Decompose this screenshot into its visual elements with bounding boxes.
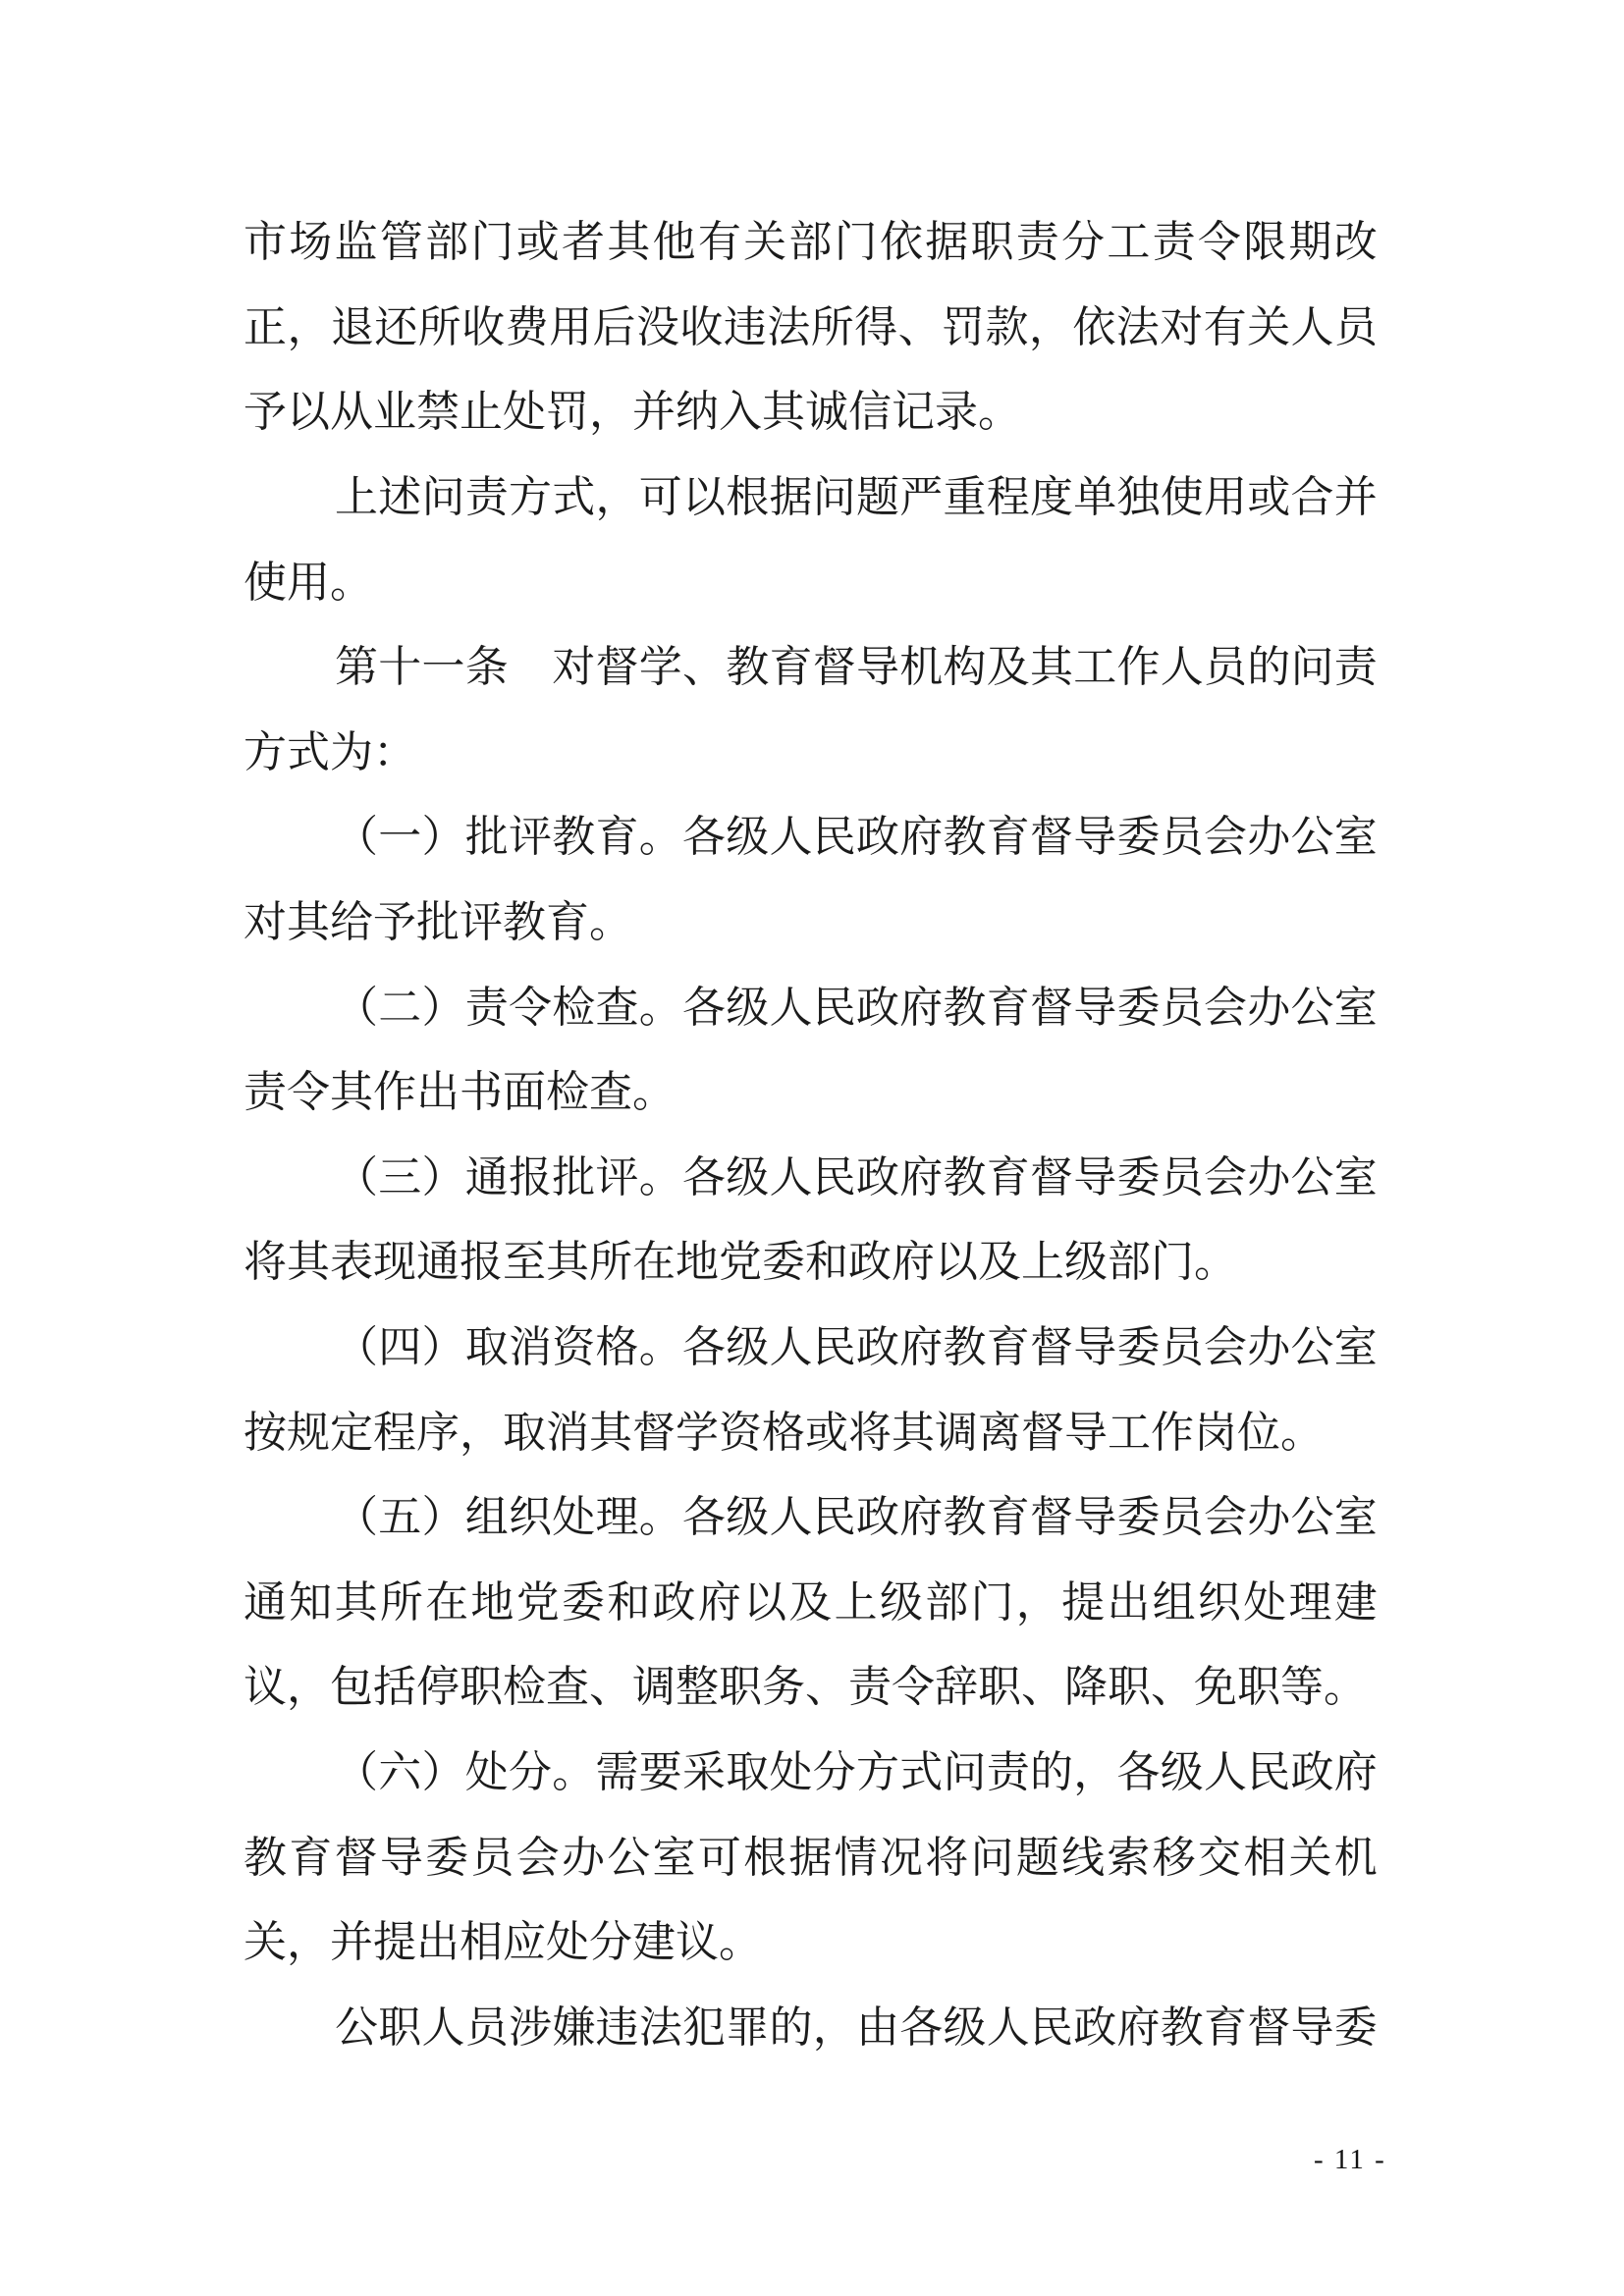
text-line: （六）处分。需要采取处分方式问责的，各级人民政府 — [244, 1731, 1378, 1816]
text-char: 员 — [1161, 816, 1204, 859]
text-char: 报 — [509, 1156, 552, 1200]
text-char: 题 — [856, 476, 899, 519]
text-char: 人 — [1161, 646, 1204, 689]
text-char: 收 — [461, 306, 505, 349]
text-char: 。 — [639, 1326, 682, 1369]
text-char: 述 — [378, 476, 421, 519]
text-char: 委 — [562, 1581, 605, 1625]
text-char: 没 — [636, 306, 679, 349]
text-char: ） — [422, 1496, 465, 1539]
text-char: 分 — [1061, 221, 1105, 264]
text-char: 的 — [770, 2006, 813, 2050]
text-char: 各 — [682, 816, 726, 859]
text-run: 对其给予批评教育。 — [244, 901, 632, 944]
text-char: 使 — [1161, 476, 1204, 519]
text-char: 关 — [1247, 306, 1290, 349]
text-char: 党 — [516, 1581, 560, 1625]
text-char: 委 — [1334, 2006, 1378, 2050]
text-char: 问 — [944, 1751, 987, 1794]
text-line: 第十一条 对督学、教育督导机构及其工作人员的问责 — [244, 625, 1378, 711]
text-char: 室 — [1334, 816, 1378, 859]
text-char: 教 — [944, 1156, 987, 1200]
text-char: ， — [1029, 306, 1072, 349]
text-char: 各 — [682, 1496, 726, 1539]
text-char: 育 — [987, 816, 1030, 859]
text-line: （五）组织处理。各级人民政府教育督导委员会办公室 — [244, 1475, 1378, 1561]
text-char: 办 — [1247, 1156, 1290, 1200]
text-run: 方式为： — [244, 731, 416, 774]
text-char: 和 — [607, 1581, 650, 1625]
text-char: 监 — [335, 221, 378, 264]
text-char: 据 — [770, 476, 813, 519]
text-char: 教 — [552, 816, 595, 859]
text-char: 法 — [1116, 306, 1160, 349]
text-char: 消 — [509, 1326, 552, 1369]
text-char: 有 — [1204, 306, 1247, 349]
text-line: 对其给予批评教育。 — [244, 881, 1378, 966]
text-char: 民 — [813, 816, 856, 859]
text-char: 导 — [1073, 987, 1116, 1030]
text-char: 涉 — [509, 2006, 552, 2050]
text-line: 通知其所在地党委和政府以及上级部门，提出组织处理建 — [244, 1561, 1378, 1646]
text-char: 责 — [1153, 221, 1196, 264]
text-char: 责 — [465, 987, 509, 1030]
text-char: 导 — [1073, 1496, 1116, 1539]
text-char: 会 — [1204, 1156, 1247, 1200]
text-char: 款 — [985, 306, 1028, 349]
text-line: 教育督导委员会办公室可根据情况将问题线索移交相关机 — [244, 1815, 1378, 1900]
text-char: 处 — [1243, 1581, 1286, 1625]
text-char: 一 — [422, 646, 465, 689]
text-char: 。 — [639, 816, 682, 859]
text-char: 有 — [698, 221, 741, 264]
text-char: 机 — [1334, 1837, 1378, 1880]
text-char: 员 — [1204, 646, 1247, 689]
text-char: 犯 — [682, 2006, 726, 2050]
text-char: 人 — [770, 1496, 813, 1539]
text-char: 政 — [856, 1156, 899, 1200]
text-char: 需 — [596, 1751, 639, 1794]
text-char: 各 — [682, 987, 726, 1030]
text-char: 政 — [856, 816, 899, 859]
text-char: 退 — [331, 306, 374, 349]
text-char: 市 — [244, 221, 287, 264]
text-char: 员 — [1161, 1496, 1204, 1539]
text-char: 根 — [726, 476, 769, 519]
text-char: 导 — [1073, 1326, 1116, 1369]
text-char: 督 — [1030, 987, 1073, 1030]
text-char: 工 — [1073, 646, 1116, 689]
text-char: 根 — [743, 1837, 786, 1880]
text-char: 督 — [335, 1837, 378, 1880]
text-char: 依 — [880, 221, 923, 264]
text-line: 关，并提出相应处分建议。 — [244, 1900, 1378, 1986]
text-line: 市场监管部门或者其他有关部门依据职责分工责令限期改 — [244, 200, 1378, 286]
text-char: 导 — [380, 1837, 423, 1880]
text-char: 移 — [1153, 1837, 1196, 1880]
text-char: 各 — [899, 2006, 943, 2050]
text-char: 及 — [788, 1581, 832, 1625]
text-char: 办 — [1247, 1326, 1290, 1369]
text-char: ） — [422, 1326, 465, 1369]
text-char: 四 — [378, 1326, 421, 1369]
text-char: 门 — [971, 1581, 1014, 1625]
text-char: 民 — [1030, 2006, 1073, 2050]
text-char: 政 — [856, 1496, 899, 1539]
text-char: 督 — [1030, 816, 1073, 859]
text-char: 民 — [813, 1156, 856, 1200]
text-char: 式 — [899, 1751, 943, 1794]
text-char: 育 — [987, 1496, 1030, 1539]
text-char: 要 — [639, 1751, 682, 1794]
text-char: 六 — [378, 1751, 421, 1794]
text-char: 教 — [1161, 2006, 1204, 2050]
text-char: 题 — [1016, 1837, 1059, 1880]
text-char: 办 — [1247, 816, 1290, 859]
text-char: 各 — [682, 1156, 726, 1200]
text-char: 工 — [1107, 221, 1150, 264]
text-char: 员 — [1161, 1326, 1204, 1369]
text-line: 使用。 — [244, 540, 1378, 625]
text-char: 级 — [726, 987, 769, 1030]
text-char: 府 — [1334, 1751, 1378, 1794]
text-char: 各 — [1117, 1751, 1161, 1794]
text-char: 。 — [639, 987, 682, 1030]
text-char: 正 — [244, 306, 287, 349]
text-char: 育 — [770, 646, 813, 689]
document-page: 市场监管部门或者其他有关部门依据职责分工责令限期改正，退还所收费用后没收违法所得… — [0, 0, 1624, 2296]
text-char: 室 — [1334, 1496, 1378, 1539]
text-char: 用 — [1204, 476, 1247, 519]
text-char: 员 — [1161, 1156, 1204, 1200]
text-char: 得 — [854, 306, 897, 349]
text-char: 级 — [944, 2006, 987, 2050]
text-char: 办 — [562, 1837, 605, 1880]
text-char: 、 — [898, 306, 942, 349]
text-line: 方式为： — [244, 711, 1378, 796]
text-char: 资 — [552, 1326, 595, 1369]
text-char: 部 — [425, 221, 468, 264]
text-char: 可 — [698, 1837, 741, 1880]
text-char: 学 — [639, 646, 682, 689]
text-char: 部 — [925, 1581, 968, 1625]
text-char: 级 — [880, 1581, 923, 1625]
text-char: 方 — [509, 476, 552, 519]
text-char: ， — [1016, 1581, 1059, 1625]
text-char: 教 — [944, 987, 987, 1030]
text-char: 分 — [509, 1751, 552, 1794]
text-char: 并 — [1334, 476, 1378, 519]
text-char: 督 — [1030, 1496, 1073, 1539]
text-char: 、 — [682, 646, 726, 689]
text-char: 单 — [1073, 476, 1116, 519]
text-char: 督 — [596, 646, 639, 689]
text-char: 公 — [1291, 987, 1334, 1030]
text-char: 通 — [244, 1581, 287, 1625]
text-line: 公职人员涉嫌违法犯罪的，由各级人民政府教育督导委 — [244, 1985, 1378, 2070]
text-char: 督 — [813, 646, 856, 689]
text-char: 批 — [552, 1156, 595, 1200]
text-char: 府 — [899, 1496, 943, 1539]
text-line: （二）责令检查。各级人民政府教育督导委员会办公室 — [244, 965, 1378, 1050]
text-char: 以 — [743, 1581, 786, 1625]
text-char: 用 — [549, 306, 592, 349]
text-char: 分 — [813, 1751, 856, 1794]
text-char: ） — [422, 1751, 465, 1794]
text-char: 府 — [899, 1326, 943, 1369]
text-char: 索 — [1107, 1837, 1150, 1880]
text-char: 委 — [1117, 1156, 1161, 1200]
text-char: ， — [596, 476, 639, 519]
text-char: 问 — [971, 1837, 1014, 1880]
text-char: 度 — [1030, 476, 1073, 519]
text-char: 会 — [1204, 987, 1247, 1030]
text-char: 育 — [596, 816, 639, 859]
text-char: 检 — [552, 987, 595, 1030]
text-char: 会 — [1204, 1326, 1247, 1369]
text-char: 情 — [835, 1837, 878, 1880]
text-char: ， — [1073, 1751, 1116, 1794]
text-char: 的 — [1030, 1751, 1073, 1794]
text-char: 三 — [378, 1156, 421, 1200]
text-char: 员 — [465, 2006, 509, 2050]
text-run: 使用。 — [244, 561, 373, 605]
text-char: 罪 — [726, 2006, 769, 2050]
text-char: 问 — [1291, 646, 1334, 689]
text-char: 室 — [1334, 1156, 1378, 1200]
text-char: 府 — [899, 987, 943, 1030]
text-char: 据 — [788, 1837, 832, 1880]
page-number: - 11 - — [1314, 2144, 1386, 2176]
text-char: 方 — [856, 1751, 899, 1794]
text-char: 级 — [726, 1496, 769, 1539]
text-char: 职 — [971, 221, 1014, 264]
text-char: 其 — [607, 221, 650, 264]
text-char: 建 — [1334, 1581, 1378, 1625]
text-char: 育 — [1204, 2006, 1247, 2050]
text-char: 。 — [639, 1156, 682, 1200]
text-char: 机 — [899, 646, 943, 689]
text-line: （三）通报批评。各级人民政府教育督导委员会办公室 — [244, 1136, 1378, 1221]
text-char: 人 — [987, 2006, 1030, 2050]
text-char: 合 — [1291, 476, 1334, 519]
text-char: 其 — [1030, 646, 1073, 689]
text-char: 府 — [899, 1156, 943, 1200]
text-char: 关 — [1288, 1837, 1331, 1880]
text-char: 将 — [925, 1837, 968, 1880]
text-char: 部 — [788, 221, 832, 264]
text-char: 。 — [639, 1496, 682, 1539]
text-char: 通 — [465, 1156, 509, 1200]
text-char: 级 — [726, 1326, 769, 1369]
text-char: 以 — [682, 476, 726, 519]
text-char: 教 — [944, 1326, 987, 1369]
text-char: 人 — [770, 987, 813, 1030]
text-char: 室 — [1334, 1326, 1378, 1369]
text-char: 式 — [552, 476, 595, 519]
text-char: 育 — [987, 1156, 1030, 1200]
text-line: 上述问责方式，可以根据问题严重程度单独使用或合并 — [244, 455, 1378, 541]
text-char: 知 — [289, 1581, 332, 1625]
text-line: 责令其作出书面检查。 — [244, 1050, 1378, 1136]
text-char: 责 — [987, 1751, 1030, 1794]
text-char: 办 — [1247, 1496, 1290, 1539]
text-char: 关 — [743, 221, 786, 264]
text-char: 公 — [1291, 1156, 1334, 1200]
text-char: 可 — [639, 476, 682, 519]
text-line: （四）取消资格。各级人民政府教育督导委员会办公室 — [244, 1306, 1378, 1391]
text-char: 级 — [726, 1156, 769, 1200]
text-char: 相 — [1243, 1837, 1286, 1880]
text-char: 收 — [679, 306, 723, 349]
text-char: 令 — [509, 987, 552, 1030]
text-char: 政 — [1291, 1751, 1334, 1794]
text-char: 府 — [1117, 2006, 1161, 2050]
text-char: 评 — [596, 1156, 639, 1200]
text-char: 一 — [378, 816, 421, 859]
text-char: （ — [335, 816, 378, 859]
text-char: 由 — [856, 2006, 899, 2050]
text-char: 。 — [552, 1751, 595, 1794]
text-char: 职 — [378, 2006, 421, 2050]
text-char: 府 — [698, 1581, 741, 1625]
text-char: 织 — [1198, 1581, 1241, 1625]
text-char: 公 — [607, 1837, 650, 1880]
text-char: 及 — [987, 646, 1030, 689]
text-line: 正，退还所收费用后没收违法所得、罚款，依法对有关人员 — [244, 286, 1378, 371]
text-char: 导 — [1073, 1156, 1116, 1200]
text-char: 问 — [813, 476, 856, 519]
text-char: 办 — [1247, 987, 1290, 1030]
text-char: 法 — [639, 2006, 682, 2050]
text-char: ， — [287, 306, 330, 349]
text-char: 重 — [944, 476, 987, 519]
text-char: 政 — [1073, 2006, 1116, 2050]
text-char: 限 — [1243, 221, 1286, 264]
text-char: 后 — [593, 306, 636, 349]
document-body: 市场监管部门或者其他有关部门依据职责分工责令限期改正，退还所收费用后没收违法所得… — [244, 200, 1378, 2070]
text-char: 所 — [380, 1581, 423, 1625]
text-char: 民 — [813, 1326, 856, 1369]
text-run: 议，包括停职检查、调整职务、责令辞职、降职、免职等。 — [244, 1666, 1367, 1709]
text-char: 的 — [1247, 646, 1290, 689]
text-char: 作 — [1117, 646, 1161, 689]
text-run: 关，并提出相应处分建议。 — [244, 1921, 762, 1964]
text-char: ， — [813, 2006, 856, 2050]
text-char: 理 — [1288, 1581, 1331, 1625]
text-run: 按规定程序，取消其督学资格或将其调离督导工作岗位。 — [244, 1412, 1324, 1455]
text-char: 政 — [856, 987, 899, 1030]
text-char: （ — [335, 1496, 378, 1539]
text-char: 还 — [374, 306, 417, 349]
text-char: 交 — [1198, 1837, 1241, 1880]
text-char: 人 — [770, 1156, 813, 1200]
text-char: 教 — [944, 816, 987, 859]
text-char: 条 — [465, 646, 509, 689]
text-char: 各 — [682, 1326, 726, 1369]
text-char: 严 — [899, 476, 943, 519]
text-char: 室 — [1334, 987, 1378, 1030]
text-char: （ — [335, 987, 378, 1030]
text-char: 管 — [380, 221, 423, 264]
text-char: 构 — [944, 646, 987, 689]
text-char: 组 — [1153, 1581, 1196, 1625]
text-char: 依 — [1072, 306, 1115, 349]
text-char: 责 — [1334, 646, 1378, 689]
text-char: 五 — [378, 1496, 421, 1539]
text-char: 教 — [244, 1837, 287, 1880]
text-char: （ — [335, 1156, 378, 1200]
text-char: 程 — [987, 476, 1030, 519]
text-char: 提 — [1061, 1581, 1105, 1625]
text-char: 政 — [856, 1326, 899, 1369]
text-run: 责令其作出书面检查。 — [244, 1071, 676, 1114]
text-char: 委 — [1117, 1326, 1161, 1369]
text-char: 费 — [506, 306, 549, 349]
text-char: 民 — [813, 987, 856, 1030]
text-run: 予以从业禁止处罚，并纳入其诚信记录。 — [244, 391, 1021, 434]
text-char: 导 — [1291, 2006, 1334, 2050]
text-char: 公 — [335, 2006, 378, 2050]
text-char: （ — [335, 1326, 378, 1369]
text-char: 十 — [378, 646, 421, 689]
text-line: 议，包括停职检查、调整职务、责令辞职、降职、免职等。 — [244, 1645, 1378, 1731]
text-char: 督 — [1030, 1156, 1073, 1200]
text-char: 况 — [880, 1837, 923, 1880]
text-char: 政 — [653, 1581, 696, 1625]
text-char: 所 — [811, 306, 854, 349]
text-char: 独 — [1117, 476, 1161, 519]
text-char: 民 — [1247, 1751, 1290, 1794]
text-char: 委 — [1117, 987, 1161, 1030]
text-char: 采 — [682, 1751, 726, 1794]
text-char: 据 — [925, 221, 968, 264]
text-char: 育 — [987, 987, 1030, 1030]
text-line: 按规定程序，取消其督学资格或将其调离督导工作岗位。 — [244, 1390, 1378, 1475]
text-char: 室 — [653, 1837, 696, 1880]
text-char: 理 — [596, 1496, 639, 1539]
text-char: 法 — [767, 306, 810, 349]
text-char: 人 — [422, 2006, 465, 2050]
text-char: 门 — [835, 221, 878, 264]
text-line: 将其表现通报至其所在地党委和政府以及上级部门。 — [244, 1220, 1378, 1306]
text-char: 或 — [1247, 476, 1290, 519]
text-char: 处 — [770, 1751, 813, 1794]
text-char: ） — [422, 816, 465, 859]
text-char: 人 — [1204, 1751, 1247, 1794]
text-char: 线 — [1061, 1837, 1105, 1880]
text-char: 人 — [770, 1326, 813, 1369]
text-char: 嫌 — [552, 2006, 595, 2050]
text-char: 者 — [562, 221, 605, 264]
text-char: 期 — [1288, 221, 1331, 264]
text-char: 人 — [770, 816, 813, 859]
text-char — [509, 646, 552, 689]
text-char: 委 — [1117, 816, 1161, 859]
text-char: 教 — [726, 646, 769, 689]
text-char: 对 — [1160, 306, 1203, 349]
text-char: ） — [422, 987, 465, 1030]
text-char: 会 — [1204, 1496, 1247, 1539]
text-char: 级 — [1161, 1751, 1204, 1794]
text-char: 或 — [516, 221, 560, 264]
text-char: 导 — [1073, 816, 1116, 859]
text-char: 公 — [1291, 1326, 1334, 1369]
text-char: 批 — [465, 816, 509, 859]
text-char: 会 — [1204, 816, 1247, 859]
text-char: 级 — [726, 816, 769, 859]
text-char: 委 — [425, 1837, 468, 1880]
